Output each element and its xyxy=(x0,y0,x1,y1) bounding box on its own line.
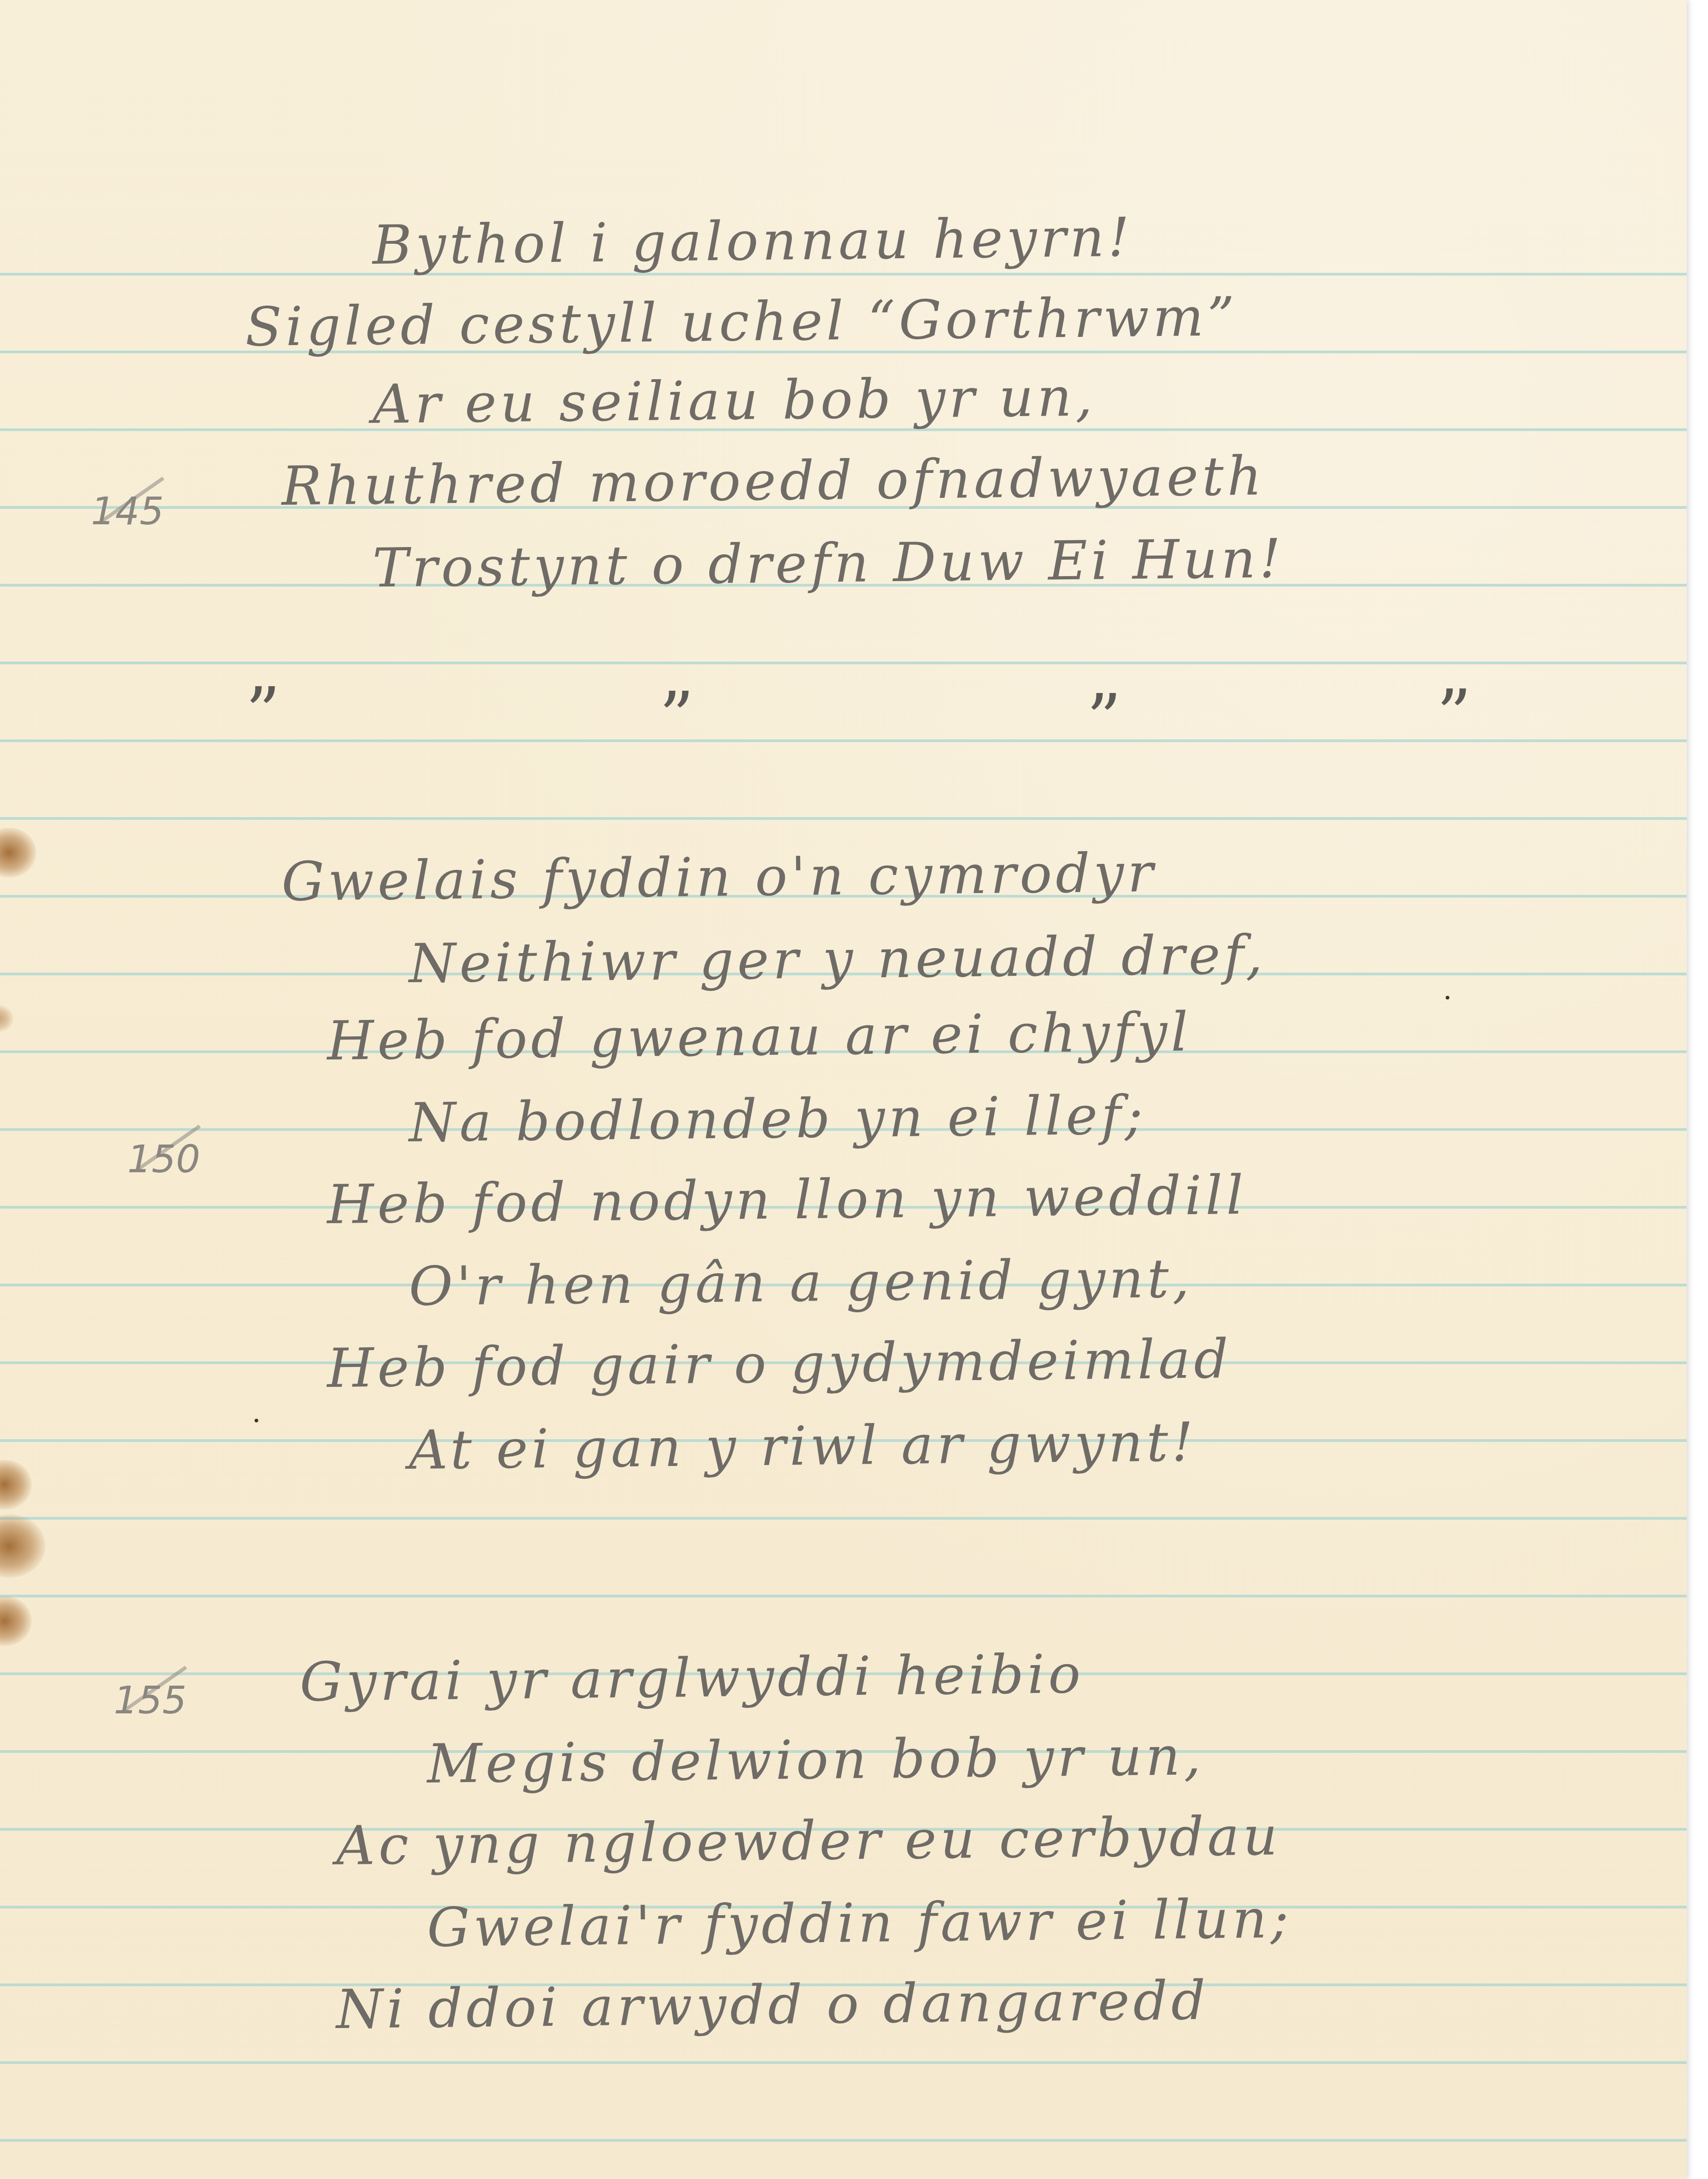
ruled-line xyxy=(0,817,1687,820)
verse-line: At ei gan y riwl ar gwynt! xyxy=(409,1411,1197,1481)
ruled-line xyxy=(0,1595,1687,1597)
ruled-line xyxy=(0,2139,1687,2142)
verse-line: Ac yng ngloewder eu cerbydau xyxy=(336,1804,1282,1877)
rust-stain xyxy=(0,1460,32,1510)
verse-line: Heb fod gair o gydymdeimlad xyxy=(327,1327,1232,1400)
rust-stain xyxy=(0,1005,14,1032)
line-number-145: 145 xyxy=(91,489,164,533)
rust-stain xyxy=(0,1514,45,1578)
ruled-line xyxy=(0,2061,1687,2064)
verse-line: Trostynt o drefn Duw Ei Hun! xyxy=(372,527,1285,599)
verse-line: Rhuthred moroedd ofnadwyaeth xyxy=(281,444,1266,517)
verse-line: Gwelai'r fyddin fawr ei llun; xyxy=(427,1887,1293,1959)
ditto-mark: ” xyxy=(1437,675,1472,754)
ink-speck xyxy=(255,1419,258,1422)
verse-line: Gyrai yr arglwyddi heibio xyxy=(300,1642,1085,1713)
verse-line: Sigled cestyll uchel “Gorthrwm” xyxy=(245,285,1239,358)
verse-line: Heb fod gwenau ar ei chyfyl xyxy=(327,1000,1192,1072)
verse-line: Heb fod nodyn llon yn weddill xyxy=(327,1164,1247,1236)
verse-line: Ar eu seiliau bob yr un, xyxy=(372,365,1097,436)
verse-line: Na bodlondeb yn ei llef; xyxy=(409,1084,1147,1154)
ruled-line xyxy=(0,1517,1687,1520)
rust-stain xyxy=(0,1596,32,1646)
ditto-mark: ” xyxy=(245,673,280,752)
ruled-line xyxy=(0,273,1687,276)
line-number-155: 155 xyxy=(114,1678,186,1722)
verse-line: Gwelais fyddin o'n cymrodyr xyxy=(281,841,1157,913)
rust-stain xyxy=(0,828,36,878)
verse-line: Bythol i galonnau heyrn! xyxy=(372,206,1134,276)
verse-line: Ni ddoi arwydd o dangaredd xyxy=(336,1969,1210,2041)
verse-line: Megis delwion bob yr un, xyxy=(427,1724,1205,1795)
line-number-150: 150 xyxy=(127,1137,200,1181)
ditto-mark: ” xyxy=(659,678,694,757)
ditto-mark: ” xyxy=(1087,680,1122,759)
ink-speck xyxy=(1446,996,1449,999)
verse-line: O'r hen gân a genid gynt, xyxy=(409,1247,1193,1318)
verse-line: Neithiwr ger y neuadd dref, xyxy=(409,923,1267,995)
ruled-line xyxy=(0,662,1687,664)
manuscript-page: Bythol i galonnau heyrn! Sigled cestyll … xyxy=(0,0,1687,2179)
